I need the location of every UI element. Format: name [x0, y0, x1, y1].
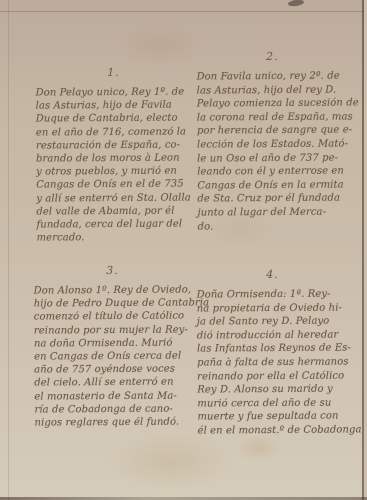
entry-3-don-alonso: 3. Don Alonso 1º. Rey de Oviedo,hijo de … [33, 263, 192, 429]
text-line: Don Favila unico, rey 2º. de [197, 69, 349, 84]
text-line: brando de los moros à Leon [36, 151, 192, 165]
text-line: del cielo. Allí se enterró en [34, 376, 192, 390]
text-line: ja del Santo rey D. Pelayo [197, 315, 349, 330]
entry-2-number: 2. [196, 49, 348, 63]
text-line: fundada, cerca del lugar del [36, 217, 192, 231]
text-line: por herencia de sangre que e- [197, 124, 349, 139]
entry-2-text: Don Favila unico, rey 2º. delas Asturias… [197, 69, 350, 233]
entry-2-don-favila: 2. Don Favila unico, rey 2º. delas Astur… [196, 49, 349, 233]
text-line: paña à falta de sus hermanos [197, 355, 349, 370]
vertical-fold-line [8, 0, 9, 500]
text-line: leando con él y enterrose en [197, 165, 349, 180]
text-line: comenzó el título de Católico [34, 310, 192, 324]
entry-1-text: Don Pelayo unico, Rey 1º. delas Asturias… [36, 85, 193, 245]
entry-4-dona-ormisenda: 4. Doña Ormisenda: 1ª. Rey-na propietari… [196, 267, 349, 438]
text-line: dió introducción al heredar [197, 328, 349, 343]
text-line: Cangas de Onís en la ermita [197, 178, 349, 193]
text-line: y otros pueblos, y murió en [36, 165, 192, 179]
text-line: Cangas de Onís en el de 735 [36, 178, 192, 192]
text-line: él en el monast.º de Cobadonga [197, 423, 349, 438]
text-line: mercado. [37, 231, 193, 245]
entry-3-number: 3. [33, 263, 191, 277]
text-line: reinando por ella el Católico [197, 369, 349, 384]
text-line: de Sta. Cruz por él fundada [197, 192, 349, 207]
text-line: en Cangas de Onís cerca del [34, 349, 192, 363]
text-line: las Infantas los Reynos de Es- [197, 342, 349, 357]
manuscript-page: 1. Don Pelayo unico, Rey 1º. delas Astur… [0, 0, 367, 500]
text-line: año de 757 oyéndose voces [34, 363, 192, 377]
text-line: y allí se enterró en Sta. Olalla [36, 191, 192, 205]
text-line: las Asturias, hijo del rey D. [197, 83, 349, 98]
text-line: na propietaria de Oviedo hi- [197, 301, 349, 316]
text-line: Duque de Cantabria, electo [36, 112, 192, 126]
entry-1-number: 1. [35, 65, 191, 79]
text-line: restauración de España, co- [36, 138, 192, 152]
page-edge-shadow [362, 0, 364, 500]
entry-3-text: Don Alonso 1º. Rey de Oviedo,hijo de Ped… [34, 283, 193, 429]
text-line: en el año de 716, comenzó la [36, 125, 192, 139]
entry-4-text: Doña Ormisenda: 1ª. Rey-na propietaria d… [197, 287, 350, 438]
text-line: del valle de Abamia, por él [36, 204, 192, 218]
text-line: reinando por su mujer la Rey- [34, 323, 192, 337]
text-line: muerte y fue sepultada con [197, 410, 349, 425]
text-line: na doña Ormisenda. Murió [34, 336, 192, 350]
text-line: la corona real de España, mas [197, 110, 349, 125]
text-line: Doña Ormisenda: 1ª. Rey- [197, 287, 349, 302]
text-line: Rey D. Alonso su marido y [197, 383, 349, 398]
entry-1-don-pelayo: 1. Don Pelayo unico, Rey 1º. delas Astur… [35, 65, 192, 245]
text-line: do. [198, 219, 350, 234]
text-line: Pelayo comienza la sucesión de [197, 97, 349, 112]
text-line: ría de Cobadonga de cano- [34, 402, 192, 416]
text-line: las Asturias, hijo de Favila [36, 99, 192, 113]
text-line: el monasterio de Santa Ma- [34, 389, 192, 403]
text-line: Don Pelayo unico, Rey 1º. de [36, 85, 192, 99]
text-line: junto al lugar del Merca- [197, 205, 349, 220]
text-line: le un Oso el año de 737 pe- [197, 151, 349, 166]
text-line: lección de los Estados. Mató- [197, 137, 349, 152]
text-line: murió cerca del año de su [197, 396, 349, 411]
ink-smudge [288, 0, 305, 7]
text-line: hijo de Pedro Duque de Cantabria [34, 297, 192, 311]
text-line: Don Alonso 1º. Rey de Oviedo, [34, 283, 192, 297]
horizontal-fold-line [0, 11, 367, 12]
entry-4-number: 4. [196, 267, 348, 281]
text-line: nigos reglares que él fundó. [34, 415, 192, 429]
